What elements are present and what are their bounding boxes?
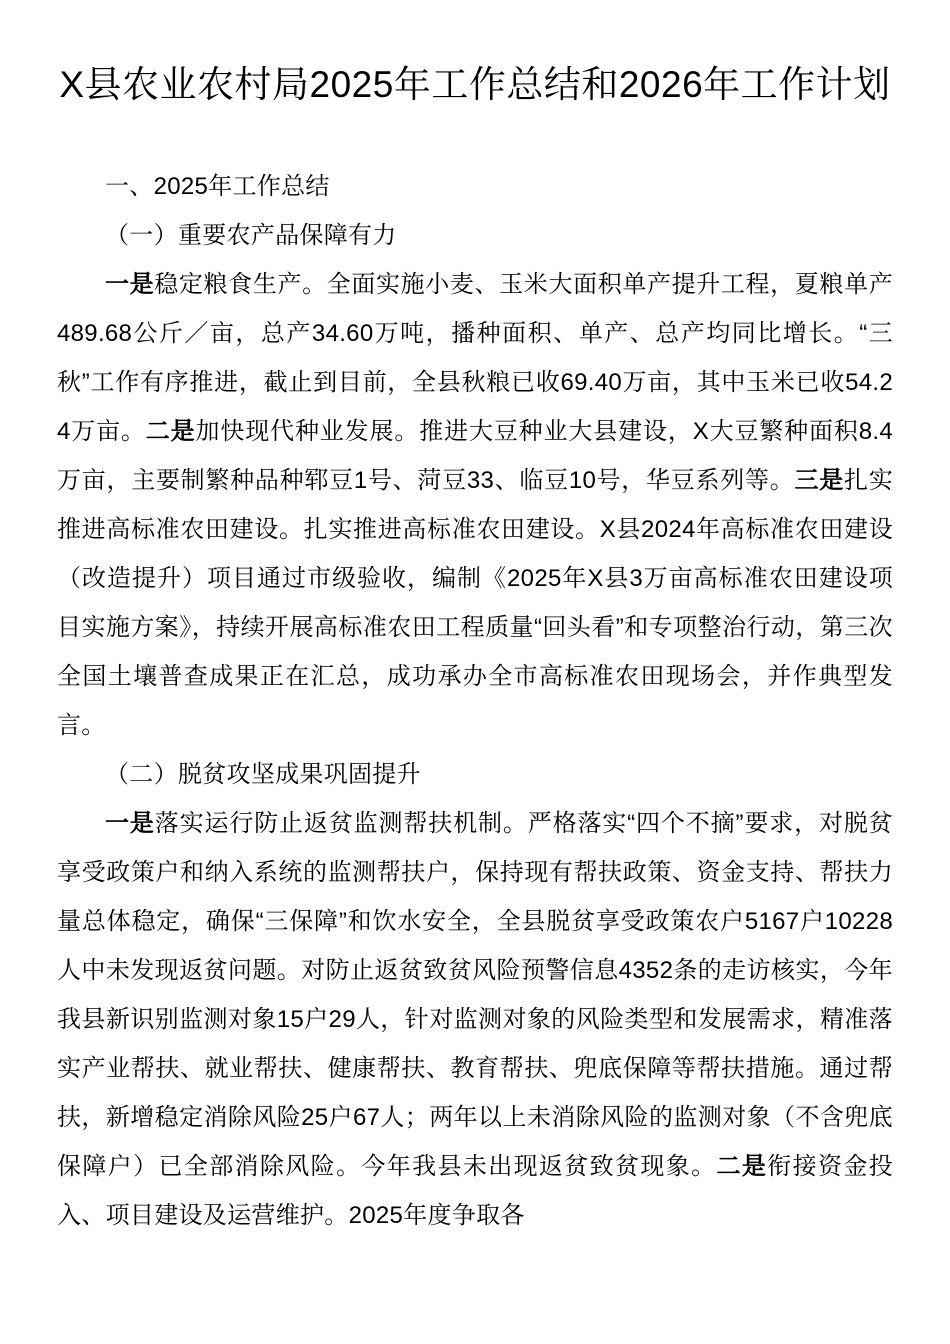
text-run: 一、2025年工作总结 xyxy=(105,173,330,200)
paragraph-body: 一是稳定粮食生产。全面实施小麦、玉米大面积单产提升工程，夏粮单产489.68公斤… xyxy=(57,260,893,750)
text-run: 落实运行防止返贫监测帮扶机制。严格落实“四个不摘”要求，对脱贫享受政策户和纳入系… xyxy=(57,810,893,1180)
document-body: 一、2025年工作总结（一）重要农产品保障有力一是稳定粮食生产。全面实施小麦、玉… xyxy=(57,162,893,1240)
text-run-bold: 二是 xyxy=(717,1153,768,1180)
paragraph-body: 一是落实运行防止返贫监测帮扶机制。严格落实“四个不摘”要求，对脱贫享受政策户和纳… xyxy=(57,799,893,1240)
text-run: （一）重要农产品保障有力 xyxy=(105,222,397,249)
paragraph-heading2: （二）脱贫攻坚成果巩固提升 xyxy=(57,750,893,799)
paragraph-heading2: （一）重要农产品保障有力 xyxy=(57,211,893,260)
text-run-bold: 一是 xyxy=(105,271,154,298)
text-run: 扎实推进高标准农田建设。扎实推进高标准农田建设。X县2024年高标准农田建设（改… xyxy=(57,467,893,739)
text-run-bold: 三是 xyxy=(794,467,843,494)
text-run-bold: 一是 xyxy=(105,810,155,837)
paragraph-heading1: 一、2025年工作总结 xyxy=(57,162,893,211)
text-run: （二）脱贫攻坚成果巩固提升 xyxy=(105,761,421,788)
document-title: X县农业农村局2025年工作总结和2026年工作计划 xyxy=(57,62,893,108)
document-content: X县农业农村局2025年工作总结和2026年工作计划 一、2025年工作总结（一… xyxy=(0,62,950,1240)
text-run-bold: 二是 xyxy=(146,418,196,445)
document-page: X县农业农村局2025年工作总结和2026年工作计划 一、2025年工作总结（一… xyxy=(0,0,950,1344)
